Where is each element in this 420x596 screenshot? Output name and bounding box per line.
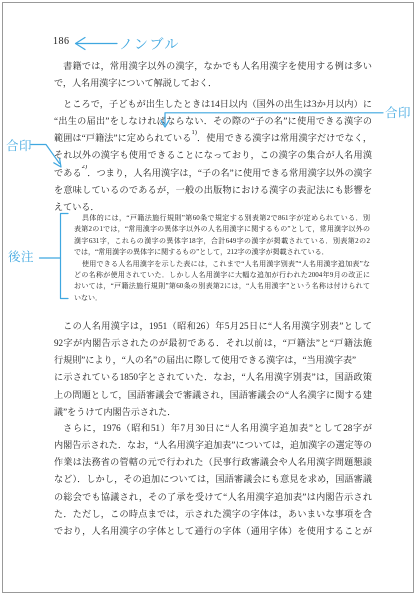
endnote-item-2-line: どの名称が使用されていた．しかし人名用漢字に大幅な追加が行われた2004年9月の… [74, 270, 370, 281]
body-line: の総会でも協議され，その了承を受けて“人名用漢字追加表”は内閣告示され [54, 489, 372, 506]
body-line: 上の問題として，国語審議会で審議され，国語審議会の“人名漢字に関する建 [54, 387, 372, 404]
body-text: ．使用できる漢字は常用漢字だけでなく， [197, 133, 372, 143]
endnote-item-2-line: おいては，“戸籍法施行規則”第60条の別表第2には，“人名用漢字”という名称は付… [74, 281, 370, 292]
paragraph-intro: 書籍では，常用漢字以外の漢字，なかでも人名用漢字を使用する例は多いの で，人名用… [54, 58, 372, 93]
reference-mark-label-left: 合印 [6, 136, 32, 154]
reference-mark-label-right: 合印 [385, 103, 411, 121]
body-line-with-ref-2: である2)．つまり，人名用漢字は，“子の名”に使用できる常用漢字以外の漢字 [54, 165, 372, 182]
body-line: に示されている1850字とされていた．なお，“人名用漢字別表”は，国語政策 [54, 369, 372, 386]
body-line: 92字が内閣告示されたのが最初である．それ以前は，“戸籍法”と“戸籍法施 [54, 335, 372, 352]
body-line: それ以外の漢字も使用できることになっており，この漢字の集合が人名用漢字 [54, 147, 372, 164]
endnote-item-1-line: 漢字631字，これらの漢字の異体字18字，合計649字の漢字が掲載されている．別… [74, 236, 370, 247]
paragraph-history-1951: この人名用漢字は，1951（昭和26）年5月25日に“人名用漢字別表”として 9… [54, 318, 372, 422]
endnotes-block: 1)具体的には，“戸籍法施行規則”第60条で規定する別表第2で861字が定められ… [74, 213, 370, 304]
endnote-item-1-line: 1)具体的には，“戸籍法施行規則”第60条で規定する別表第2で861字が定められ… [74, 213, 370, 224]
body-line: 書籍では，常用漢字以外の漢字，なかでも人名用漢字を使用する例は多いの [54, 58, 372, 75]
endnote-text: 使用できる人名用漢字を示した表には，これまで“人名用漢字別表”“人名用漢字追加表… [82, 260, 370, 268]
body-line: 行規則”により，“人の名”の届出に際して使用できる漢字は，“当用漢字表” [54, 352, 372, 369]
body-line: でおり，人名用漢字の字体として通行の字体（通用字体）を使用することが明 [54, 523, 372, 540]
body-line: 内閣告示された．なお，“人名用漢字追加表”については，追加漢字の選定等の [54, 437, 372, 454]
endnote-item-1-line: では，“常用漢字の異体字に関するもの”として，212字の漢字が掲載されている． [74, 247, 370, 258]
body-line: 作業は法務省の管轄の元で行われた（民事行政審議会や人名用漢字問題懇談会 [54, 454, 372, 471]
body-line: この人名用漢字は，1951（昭和26）年5月25日に“人名用漢字別表”として [54, 318, 372, 335]
paragraph-koseki: ところで，子どもが出生したときは14日以内（国外の出生は3か月以内）に “出生の… [54, 96, 372, 217]
nombre-annotation-label: ノンブル [119, 34, 180, 54]
endnote-item-2-line: いない． [74, 293, 370, 304]
body-line: た．ただし，この時点までは，示された漢字の字体は，あいまいな事項を含ん [54, 506, 372, 523]
body-line: など）．しかし，その追加については，国語審議会にも意見を求め，国語審議会 [54, 471, 372, 488]
body-text: である [54, 168, 82, 178]
body-text: 範囲は“戸籍法”に定められている [54, 133, 191, 143]
endnote-annotation-label: 後注 [8, 247, 34, 265]
endnote-text: 具体的には，“戸籍法施行規則”第60条で規定する別表第2で861字が定められてい… [82, 214, 370, 222]
footnote-ref-1: 1) [191, 130, 196, 135]
body-line-with-ref-1: 範囲は“戸籍法”に定められている1)．使用できる漢字は常用漢字だけでなく， [54, 130, 372, 147]
page-number: 186 [53, 36, 70, 47]
body-line: を意味しているのであるが，一般の出版物における漢字の表記法にも影響を与 [54, 182, 372, 199]
body-line: さらに，1976（昭和51）年7月30日に“人名用漢字追加表”として28字が [54, 420, 372, 437]
body-line: “出生の届出”をしなければならない．その際の“子の名”に使用できる漢字の [54, 113, 372, 130]
endnote-item-1-line: 表第2の1では，“常用漢字の異体字以外の人名用漢字に関するもの”として，常用漢字… [74, 224, 370, 235]
body-line: で，人名用漢字について解説しておく． [54, 75, 372, 92]
footnote-ref-2: 2) [82, 165, 87, 170]
nombre-arrow [76, 38, 118, 50]
body-line: ところで，子どもが出生したときは14日以内（国外の出生は3か月以内）に [54, 96, 372, 113]
endnote-item-2-line: 2)使用できる人名用漢字を示した表には，これまで“人名用漢字別表”“人名用漢字追… [74, 259, 370, 270]
endnote-bracket [40, 214, 69, 299]
paragraph-history-1976: さらに，1976（昭和51）年7月30日に“人名用漢字追加表”として28字が 内… [54, 420, 372, 541]
body-text: ．つまり，人名用漢字は，“子の名”に使用できる常用漢字以外の漢字 [87, 168, 372, 178]
